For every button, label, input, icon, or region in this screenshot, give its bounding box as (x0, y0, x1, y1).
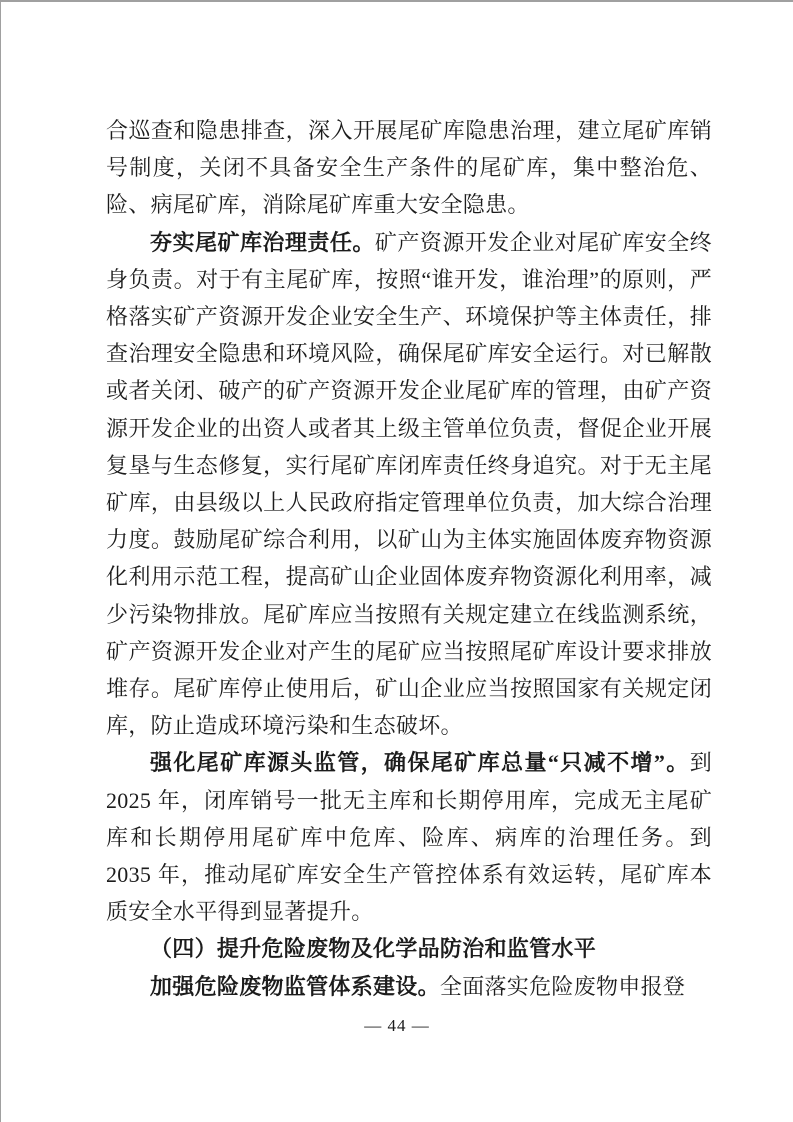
body-text: 全面落实危险废物申报登 (440, 974, 685, 999)
emphasis-text: 加强危险废物监管体系建设。 (150, 974, 440, 999)
body-text: 到 2025 年，闭库销号一批无主库和长期停用库，完成无主尾矿库和长期停用尾矿库… (106, 750, 712, 924)
body-text: 矿产资源开发企业对尾矿库安全终身负责。对于有主尾矿库，按照“谁开发，谁治理”的原… (106, 230, 712, 739)
paragraph: （四）提升危险废物及化学品防治和监管水平 (106, 930, 712, 967)
paragraph: 强化尾矿库源头监管，确保尾矿库总量“只减不增”。到 2025 年，闭库销号一批无… (106, 744, 712, 930)
emphasis-text: 夯实尾矿库治理责任。 (150, 230, 375, 255)
body-text: 合巡查和隐患排查，深入开展尾矿库隐患治理，建立尾矿库销号制度，关闭不具备安全生产… (106, 118, 712, 217)
page-number: — 44 — (1, 1014, 793, 1038)
document-page: 合巡查和隐患排查，深入开展尾矿库隐患治理，建立尾矿库销号制度，关闭不具备安全生产… (0, 0, 793, 1122)
paragraph: 合巡查和隐患排查，深入开展尾矿库隐患治理，建立尾矿库销号制度，关闭不具备安全生产… (106, 112, 712, 224)
paragraph: 加强危险废物监管体系建设。全面落实危险废物申报登 (106, 968, 712, 1005)
emphasis-text: （四）提升危险废物及化学品防治和监管水平 (150, 936, 596, 961)
paragraph: 夯实尾矿库治理责任。矿产资源开发企业对尾矿库安全终身负责。对于有主尾矿库，按照“… (106, 224, 712, 745)
document-body: 合巡查和隐患排查，深入开展尾矿库隐患治理，建立尾矿库销号制度，关闭不具备安全生产… (106, 112, 712, 1005)
emphasis-text: 强化尾矿库源头监管，确保尾矿库总量“只减不增”。 (150, 750, 690, 775)
